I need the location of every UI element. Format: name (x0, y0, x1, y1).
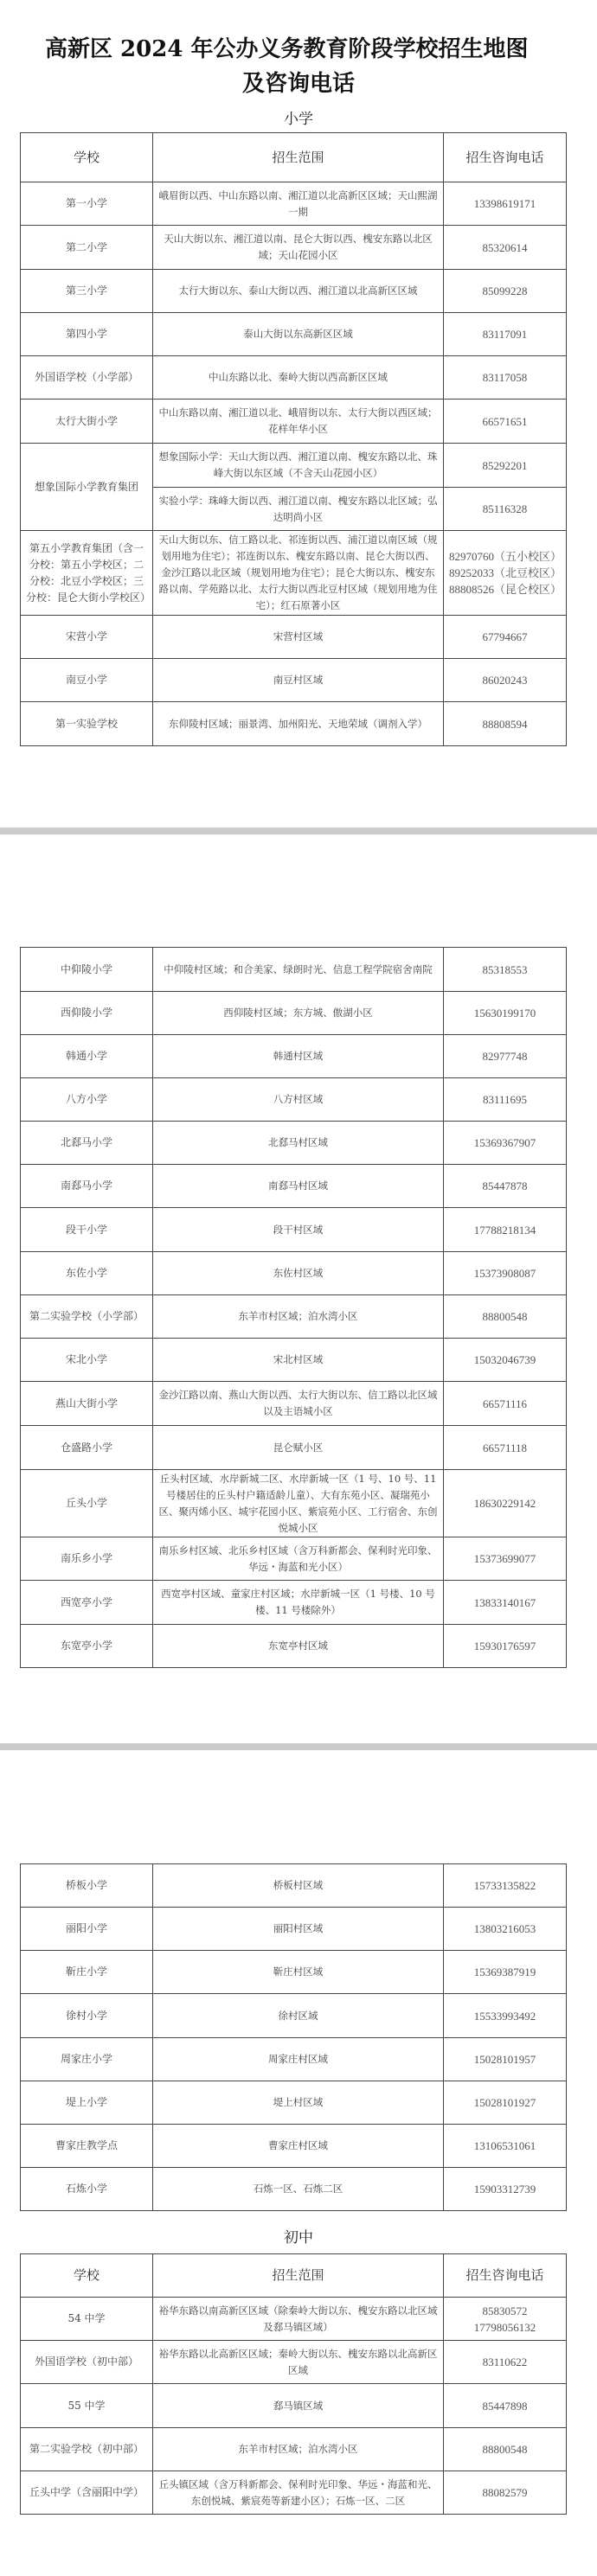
table-row: 西宽亭小学西宽亭村区域、童家庄村区域；水岸新城一区（1 号楼、10 号楼、11 … (21, 1581, 567, 1625)
phone-number: 13398619171 (444, 182, 567, 226)
enrollment-range: 中仰陵村区域；和合美家、绿朗时光、信息工程学院宿舍南院 (153, 948, 444, 992)
table-header-row: 学校 招生范围 招生咨询电话 (21, 2254, 567, 2298)
school-name: 第四小学 (21, 313, 153, 356)
primary-school-table-1: 学校 招生范围 招生咨询电话 第一小学 峨眉街以西、中山东路以南、湘江道以北高新… (20, 132, 567, 746)
enrollment-range: 东宽亭村区域 (153, 1625, 444, 1668)
phone-number: 15630199170 (444, 992, 567, 1035)
phone-number: 13106531061 (444, 2125, 567, 2168)
school-name: 外国语学校（小学部） (21, 356, 153, 400)
table-row: 外国语学校（初中部）裕华东路以北高新区区域；秦岭大街以东、槐安东路以北高新区区域… (21, 2341, 567, 2384)
enrollment-range: 八方村区域 (153, 1078, 444, 1122)
enrollment-range: 北郄马村区域 (153, 1122, 444, 1165)
phone-number: 86020243 (444, 659, 567, 702)
enrollment-range: 想象国际小学：天山大街以西、湘江道以南、槐安东路以北、珠峰大街以东区域（不含天山… (153, 444, 444, 488)
table-row: 丘头小学丘头村区域、水岸新城二区、水岸新城一区（1 号、10 号、11 号楼居住… (21, 1470, 567, 1537)
section-heading-middle: 初中 (0, 2225, 597, 2247)
enrollment-range: 韩通村区域 (153, 1035, 444, 1078)
table-row: 第二实验学校（小学部）东羊市村区域；泊水湾小区88800548 (21, 1295, 567, 1339)
enrollment-range: 泰山大街以东高新区区域 (153, 313, 444, 356)
school-name: 丽阳小学 (21, 1908, 153, 1951)
school-name: 南郄马小学 (21, 1165, 153, 1208)
table-row: 第一小学 峨眉街以西、中山东路以南、湘江道以北高新区区域；天山熙湖一期 1339… (21, 182, 567, 226)
page-break-separator (0, 828, 597, 834)
phone-number: 17788218134 (444, 1208, 567, 1252)
header-school: 学校 (21, 2254, 153, 2298)
table-row: 曹家庄教学点曹家庄村区域13106531061 (21, 2125, 567, 2168)
table-row: 东佐小学东佐村区域15373908087 (21, 1252, 567, 1295)
phone-number: 15369387919 (444, 1951, 567, 1994)
enrollment-range: 太行大街以东、泰山大街以西、湘江道以北高新区区域 (153, 270, 444, 313)
phone-number-line: 82970760（五小校区） (449, 548, 561, 565)
enrollment-range: 丽阳村区域 (153, 1908, 444, 1951)
school-name: 西宽亭小学 (21, 1581, 153, 1625)
phone-number: 15930176597 (444, 1625, 567, 1668)
phone-number: 88800548 (444, 1295, 567, 1339)
phone-number: 15028101927 (444, 2081, 567, 2125)
school-name: 第一实验学校 (21, 702, 153, 746)
phone-number: 85320614 (444, 226, 567, 270)
phone-number: 85830572 17798056132 (444, 2298, 567, 2341)
school-name: 宋营小学 (21, 616, 153, 659)
enrollment-range: 峨眉街以西、中山东路以南、湘江道以北高新区区域；天山熙湖一期 (153, 182, 444, 226)
header-phone: 招生咨询电话 (444, 133, 567, 182)
enrollment-range: 东仰陵村区域；丽景湾、加州阳光、天地荣域（调剂入学） (153, 702, 444, 746)
school-name: 第二小学 (21, 226, 153, 270)
school-name: 东佐小学 (21, 1252, 153, 1295)
school-name: 曹家庄教学点 (21, 2125, 153, 2168)
table-row: 仓盛路小学昆仑赋小区66571118 (21, 1426, 567, 1470)
table-row: 南豆小学 南豆村区域 86020243 (21, 659, 567, 702)
school-name: 丘头中学（含丽阳中学） (21, 2471, 153, 2515)
enrollment-range: 宋营村区域 (153, 616, 444, 659)
enrollment-range: 丘头村区域、水岸新城二区、水岸新城一区（1 号、10 号、11 号楼居住的丘头村… (153, 1470, 444, 1537)
phone-number: 83117091 (444, 313, 567, 356)
phone-number: 85318553 (444, 948, 567, 992)
school-name: 第五小学教育集团（含一分校：第五小学校区；二分校：北豆小学校区；三分校：昆仑大街… (21, 531, 153, 616)
enrollment-range: 东羊市村区域；泊水湾小区 (153, 2428, 444, 2471)
table-row: 八方小学八方村区域83111695 (21, 1078, 567, 1122)
phone-number: 85116328 (444, 488, 567, 531)
school-name: 太行大街小学 (21, 400, 153, 444)
table-row: 54 中学裕华东路以南高新区区域（除秦岭大街以东、槐安东路以北区域及郄马镇区域）… (21, 2298, 567, 2341)
school-name: 南豆小学 (21, 659, 153, 702)
enrollment-range: 靳庄村区域 (153, 1951, 444, 1994)
enrollment-range: 实验小学：珠峰大街以西、湘江道以南、槐安东路以北区域；弘达明尚小区 (153, 488, 444, 531)
phone-number: 15733135822 (444, 1864, 567, 1908)
phone-number: 85447878 (444, 1165, 567, 1208)
enrollment-range: 堤上村区域 (153, 2081, 444, 2125)
school-name: 燕山大街小学 (21, 1382, 153, 1426)
enrollment-range: 金沙江路以南、燕山大街以西、太行大街以东、信工路以北区域以及主语城小区 (153, 1382, 444, 1426)
phone-number: 83117058 (444, 356, 567, 400)
table-row: 外国语学校（小学部） 中山东路以北、秦岭大街以西高新区区域 83117058 (21, 356, 567, 400)
table-row: 桥板小学桥板村区域15733135822 (21, 1864, 567, 1908)
enrollment-range: 昆仑赋小区 (153, 1426, 444, 1470)
table-row: 55 中学郄马镇区域85447898 (21, 2384, 567, 2428)
table-row: 第二小学 天山大街以东、湘江道以南、昆仑大街以西、槐安东路以北区域；天山花园小区… (21, 226, 567, 270)
phone-number: 15373699077 (444, 1537, 567, 1581)
phone-number-line: 89252033（北豆校区） (449, 565, 561, 581)
table-row: 北郄马小学北郄马村区域15369367907 (21, 1122, 567, 1165)
enrollment-range: 天山大街以东、湘江道以南、昆仑大街以西、槐安东路以北区域；天山花园小区 (153, 226, 444, 270)
phone-number: 88082579 (444, 2471, 567, 2515)
table-row: 第二实验学校（初中部）东羊市村区域；泊水湾小区88800548 (21, 2428, 567, 2471)
enrollment-range: 周家庄村区域 (153, 2038, 444, 2081)
header-school: 学校 (21, 133, 153, 182)
phone-number: 83110622 (444, 2341, 567, 2384)
middle-school-table: 学校 招生范围 招生咨询电话 54 中学裕华东路以南高新区区域（除秦岭大街以东、… (20, 2253, 567, 2515)
school-name: 石炼小学 (21, 2168, 153, 2211)
school-name: 韩通小学 (21, 1035, 153, 1078)
phone-number: 15032046739 (444, 1339, 567, 1382)
enrollment-range: 南乐乡村区域、北乐乡村区域（含万科新都会、保利时光印象、华远・海蓝和光小区） (153, 1537, 444, 1581)
phone-number: 66571651 (444, 400, 567, 444)
table-row: 韩通小学韩通村区域82977748 (21, 1035, 567, 1078)
enrollment-range: 桥板村区域 (153, 1864, 444, 1908)
header-phone: 招生咨询电话 (444, 2254, 567, 2298)
phone-number: 15903312739 (444, 2168, 567, 2211)
school-name: 55 中学 (21, 2384, 153, 2428)
school-name: 丘头小学 (21, 1470, 153, 1537)
table-row: 东宽亭小学东宽亭村区域15930176597 (21, 1625, 567, 1668)
table-row: 太行大街小学 中山东路以南、湘江道以北、峨眉街以东、太行大街以西区域；花样年华小… (21, 400, 567, 444)
page-title-line2: 及咨询电话 (0, 66, 597, 98)
school-name: 第二实验学校（小学部） (21, 1295, 153, 1339)
school-name: 北郄马小学 (21, 1122, 153, 1165)
table-row: 宋北小学宋北村区域15032046739 (21, 1339, 567, 1382)
school-name: 桥板小学 (21, 1864, 153, 1908)
school-name: 第一小学 (21, 182, 153, 226)
phone-number: 66571116 (444, 1382, 567, 1426)
table-row: 第一实验学校 东仰陵村区域；丽景湾、加州阳光、天地荣域（调剂入学） 888085… (21, 702, 567, 746)
table-row: 中仰陵小学中仰陵村区域；和合美家、绿朗时光、信息工程学院宿舍南院85318553 (21, 948, 567, 992)
school-name: 第二实验学校（初中部） (21, 2428, 153, 2471)
phone-number: 82977748 (444, 1035, 567, 1078)
school-name: 段干小学 (21, 1208, 153, 1252)
phone-number: 15028101957 (444, 2038, 567, 2081)
school-name: 徐村小学 (21, 1994, 153, 2038)
school-name: 堤上小学 (21, 2081, 153, 2125)
table-row: 堤上小学堤上村区域15028101927 (21, 2081, 567, 2125)
phone-number: 88808594 (444, 702, 567, 746)
page-title-line1: 高新区 2024 年公办义务教育阶段学校招生地图 (45, 31, 597, 63)
school-name: 外国语学校（初中部） (21, 2341, 153, 2384)
enrollment-range: 裕华东路以北高新区区域；秦岭大街以东、槐安东路以北高新区区域 (153, 2341, 444, 2384)
school-name: 中仰陵小学 (21, 948, 153, 992)
phone-number: 13803216053 (444, 1908, 567, 1951)
table-row: 燕山大街小学金沙江路以南、燕山大街以西、太行大街以东、信工路以北区域以及主语城小… (21, 1382, 567, 1426)
phone-number: 18630229142 (444, 1470, 567, 1537)
table-row: 第五小学教育集团（含一分校：第五小学校区；二分校：北豆小学校区；三分校：昆仑大街… (21, 531, 567, 616)
enrollment-range: 南豆村区域 (153, 659, 444, 702)
table-row: 南乐乡小学南乐乡村区域、北乐乡村区域（含万科新都会、保利时光印象、华远・海蓝和光… (21, 1537, 567, 1581)
enrollment-range: 东羊市村区域；泊水湾小区 (153, 1295, 444, 1339)
school-name: 西仰陵小学 (21, 992, 153, 1035)
enrollment-range: 西仰陵村区域；东方城、傲湖小区 (153, 992, 444, 1035)
enrollment-range: 曹家庄村区域 (153, 2125, 444, 2168)
phone-number: 85292201 (444, 444, 567, 488)
school-name: 想象国际小学教育集团 (21, 444, 153, 531)
section-heading-primary: 小学 (0, 106, 597, 128)
enrollment-range: 丘头镇区域（含万科新都会、保利时光印象、华远・海蓝和光、东创悦城、紫宸苑等新建小… (153, 2471, 444, 2515)
enrollment-range: 郄马镇区域 (153, 2384, 444, 2428)
school-name: 第三小学 (21, 270, 153, 313)
phone-number: 15533993492 (444, 1994, 567, 2038)
enrollment-range: 中山东路以北、秦岭大街以西高新区区域 (153, 356, 444, 400)
header-range: 招生范围 (153, 133, 444, 182)
phone-number-line: 88808526（昆仑校区） (449, 581, 561, 598)
phone-number: 15369367907 (444, 1122, 567, 1165)
table-row: 西仰陵小学西仰陵村区域；东方城、傲湖小区15630199170 (21, 992, 567, 1035)
enrollment-range: 徐村区域 (153, 1994, 444, 2038)
school-name: 周家庄小学 (21, 2038, 153, 2081)
enrollment-range: 裕华东路以南高新区区域（除秦岭大街以东、槐安东路以北区域及郄马镇区域） (153, 2298, 444, 2341)
phone-number: 85099228 (444, 270, 567, 313)
table-row: 丽阳小学丽阳村区域13803216053 (21, 1908, 567, 1951)
primary-school-table-2: 中仰陵小学中仰陵村区域；和合美家、绿朗时光、信息工程学院宿舍南院85318553… (20, 947, 567, 1668)
primary-school-table-3: 桥板小学桥板村区域15733135822丽阳小学丽阳村区域13803216053… (20, 1863, 567, 2211)
enrollment-range: 东佐村区域 (153, 1252, 444, 1295)
enrollment-range: 石炼一区、石炼二区 (153, 2168, 444, 2211)
enrollment-range: 宋北村区域 (153, 1339, 444, 1382)
phone-number: 83111695 (444, 1078, 567, 1122)
school-name: 八方小学 (21, 1078, 153, 1122)
page-break-separator (0, 1743, 597, 1750)
school-name: 南乐乡小学 (21, 1537, 153, 1581)
table-row: 石炼小学石炼一区、石炼二区15903312739 (21, 2168, 567, 2211)
table-row: 第四小学 泰山大街以东高新区区域 83117091 (21, 313, 567, 356)
phone-number: 13833140167 (444, 1581, 567, 1625)
enrollment-range: 天山大街以东、信工路以北、祁连街以西、浦江道以南区域（规划用地为住宅）；祁连街以… (153, 531, 444, 616)
school-name: 靳庄小学 (21, 1951, 153, 1994)
table-row: 周家庄小学周家庄村区域15028101957 (21, 2038, 567, 2081)
school-name: 宋北小学 (21, 1339, 153, 1382)
enrollment-range: 南郄马村区域 (153, 1165, 444, 1208)
phone-number: 66571118 (444, 1426, 567, 1470)
table-row: 第三小学 太行大街以东、泰山大街以西、湘江道以北高新区区域 85099228 (21, 270, 567, 313)
school-name: 东宽亭小学 (21, 1625, 153, 1668)
table-header-row: 学校 招生范围 招生咨询电话 (21, 133, 567, 182)
enrollment-range: 段干村区域 (153, 1208, 444, 1252)
enrollment-range: 中山东路以南、湘江道以北、峨眉街以东、太行大街以西区域；花样年华小区 (153, 400, 444, 444)
table-row: 想象国际小学教育集团 想象国际小学：天山大街以西、湘江道以南、槐安东路以北、珠峰… (21, 444, 567, 488)
enrollment-range: 西宽亭村区域、童家庄村区域；水岸新城一区（1 号楼、10 号楼、11 号楼除外） (153, 1581, 444, 1625)
table-row: 宋营小学 宋营村区域 67794667 (21, 616, 567, 659)
phone-number: 15373908087 (444, 1252, 567, 1295)
table-row: 丘头中学（含丽阳中学）丘头镇区域（含万科新都会、保利时光印象、华远・海蓝和光、东… (21, 2471, 567, 2515)
header-range: 招生范围 (153, 2254, 444, 2298)
phone-number: 85447898 (444, 2384, 567, 2428)
table-row: 段干小学段干村区域17788218134 (21, 1208, 567, 1252)
phone-number: 82970760（五小校区） 89252033（北豆校区） 88808526（昆… (444, 531, 567, 616)
table-row: 南郄马小学南郄马村区域85447878 (21, 1165, 567, 1208)
school-name: 仓盛路小学 (21, 1426, 153, 1470)
phone-number: 67794667 (444, 616, 567, 659)
phone-number: 88800548 (444, 2428, 567, 2471)
table-row: 靳庄小学靳庄村区域15369387919 (21, 1951, 567, 1994)
school-name: 54 中学 (21, 2298, 153, 2341)
table-row: 徐村小学徐村区域15533993492 (21, 1994, 567, 2038)
